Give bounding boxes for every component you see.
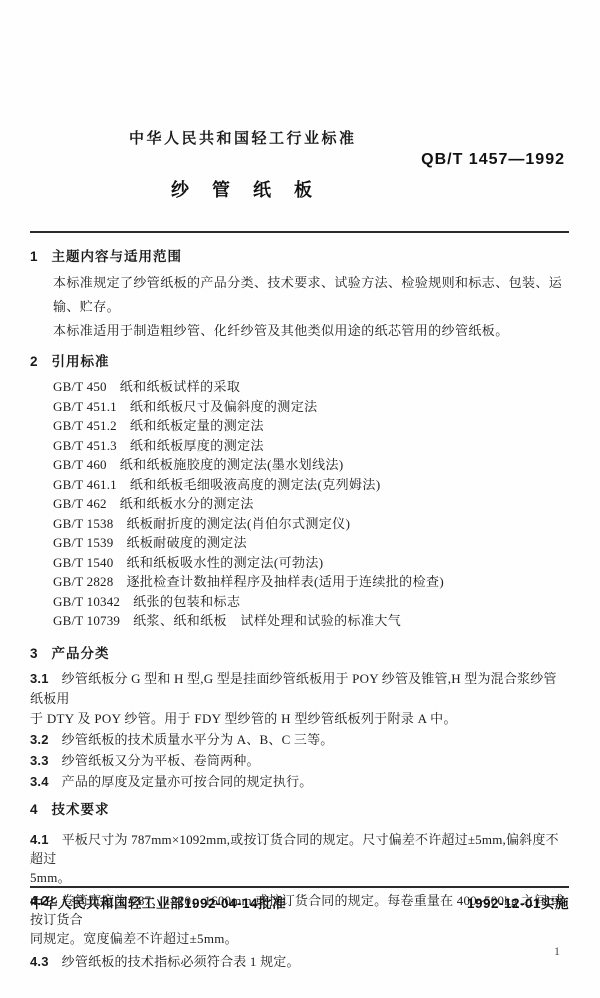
section-1-heading: 1主题内容与适用范围	[30, 249, 569, 265]
implementation-date: 1992-12-01实施	[467, 895, 569, 912]
list-item: GB/T 1539纸板耐破度的测定法	[30, 533, 569, 553]
section-2-title: 引用标准	[52, 354, 110, 369]
list-item: GB/T 10342纸张的包装和标志	[30, 592, 569, 612]
standard-ref-code: GB/T 460	[53, 455, 107, 475]
clause-number: 3.1	[30, 669, 49, 689]
clause-3-4: 3.4产品的厚度及定量亦可按合同的规定执行。	[30, 772, 569, 792]
list-item: GB/T 1540纸和纸板吸水性的测定法(可勃法)	[30, 553, 569, 573]
standard-ref-name: 纸板耐破度的测定法	[126, 535, 247, 550]
standard-ref-name: 纸和纸板尺寸及偏斜度的测定法	[130, 399, 318, 414]
clause-line-1: 纱管纸板又分为平板、卷筒两种。	[62, 753, 260, 768]
clause-text: 4.3纱管纸板的技术指标必须符合表 1 规定。	[30, 952, 569, 971]
clause-4-1: 4.1平板尺寸为 787mm×1092mm,或按订货合同的规定。尺寸偏差不许超过…	[30, 830, 569, 887]
standard-ref-code: GB/T 2828	[53, 572, 113, 592]
footer-divider	[30, 886, 569, 888]
section-4-number: 4	[30, 802, 38, 818]
clause-3-1: 3.1纱管纸板分 G 型和 H 型,G 型是挂面纱管纸板用于 POY 纱管及锥管…	[30, 669, 569, 729]
section-4-heading: 4技术要求	[30, 802, 569, 818]
list-item: GB/T 451.1纸和纸板尺寸及偏斜度的测定法	[30, 397, 569, 417]
standard-ref-code: GB/T 1538	[53, 514, 113, 534]
footer-row: 中华人民共和国轻工业部1992-04-14批准 1992-12-01实施	[30, 895, 569, 912]
page-number: 1	[554, 944, 560, 959]
clause-number: 3.3	[30, 751, 49, 771]
standard-ref-code: GB/T 10342	[53, 592, 120, 612]
list-item: GB/T 451.3纸和纸板厚度的测定法	[30, 436, 569, 456]
section-3-heading: 3产品分类	[30, 646, 569, 662]
standard-ref-name: 纸和纸板吸水性的测定法(可勃法)	[126, 555, 323, 570]
section-3-clauses: 3.1纱管纸板分 G 型和 H 型,G 型是挂面纱管纸板用于 POY 纱管及锥管…	[30, 669, 569, 792]
clause-line-1: 纱管纸板分 G 型和 H 型,G 型是挂面纱管纸板用于 POY 纱管及锥管,H …	[30, 671, 557, 706]
standard-code: QB/T 1457—1992	[30, 150, 569, 170]
header-divider	[30, 231, 569, 233]
list-item: GB/T 10739纸浆、纸和纸板 试样处理和试验的标准大气	[30, 611, 569, 631]
standard-ref-name: 纸和纸板试样的采取	[120, 379, 241, 394]
applicability-paragraph: 本标准适用于制造粗纱管、化纤纱管及其他类似用途的纸芯管用的纱管纸板。	[30, 319, 569, 343]
standard-ref-code: GB/T 450	[53, 377, 107, 397]
section-4-title: 技术要求	[52, 802, 110, 817]
section-1-body: 本标准规定了纱管纸板的产品分类、技术要求、试验方法、检验规则和标志、包装、运输、…	[30, 271, 569, 343]
referenced-standards-list: GB/T 450纸和纸板试样的采取 GB/T 451.1纸和纸板尺寸及偏斜度的测…	[30, 377, 569, 631]
clause-line-1: 产品的厚度及定量亦可按合同的规定执行。	[62, 774, 313, 789]
clause-number: 3.2	[30, 730, 49, 750]
clause-text: 4.1平板尺寸为 787mm×1092mm,或按订货合同的规定。尺寸偏差不许超过…	[30, 830, 569, 868]
standard-ref-code: GB/T 451.2	[53, 416, 117, 436]
standard-ref-name: 纸和纸板水分的测定法	[120, 496, 254, 511]
clause-number: 4.3	[30, 952, 49, 971]
standard-ref-name: 纸板耐折度的测定法(肖伯尔式测定仪)	[126, 516, 350, 531]
list-item: GB/T 2828逐批检查计数抽样程序及抽样表(适用于连续批的检查)	[30, 572, 569, 592]
section-3-number: 3	[30, 646, 38, 662]
clause-3-2: 3.2纱管纸板的技术质量水平分为 A、B、C 三等。	[30, 730, 569, 750]
clause-3-3: 3.3纱管纸板又分为平板、卷筒两种。	[30, 751, 569, 771]
clause-line-2: 5mm。	[30, 868, 569, 887]
clause-text: 3.1纱管纸板分 G 型和 H 型,G 型是挂面纱管纸板用于 POY 纱管及锥管…	[30, 669, 569, 709]
standard-org-line: 中华人民共和国轻工行业标准	[129, 130, 569, 148]
standard-ref-name: 逐批检查计数抽样程序及抽样表(适用于连续批的检查)	[126, 574, 444, 589]
document-title: 纱管纸板	[171, 179, 569, 201]
list-item: GB/T 450纸和纸板试样的采取	[30, 377, 569, 397]
standard-ref-name: 纸张的包装和标志	[133, 594, 240, 609]
standard-ref-code: GB/T 1539	[53, 533, 113, 553]
standard-ref-name: 纸浆、纸和纸板 试样处理和试验的标准大气	[133, 613, 401, 628]
standard-ref-code: GB/T 1540	[53, 553, 113, 573]
approval-authority-date: 中华人民共和国轻工业部1992-04-14批准	[30, 895, 286, 912]
list-item: GB/T 461.1纸和纸板毛细吸液高度的测定法(克列姆法)	[30, 475, 569, 495]
list-item: GB/T 1538纸板耐折度的测定法(肖伯尔式测定仪)	[30, 514, 569, 534]
page-footer: 中华人民共和国轻工业部1992-04-14批准 1992-12-01实施	[30, 886, 569, 912]
document-page: 中华人民共和国轻工行业标准 QB/T 1457—1992 纱管纸板 1主题内容与…	[0, 0, 600, 998]
section-3-title: 产品分类	[52, 646, 110, 661]
section-2-number: 2	[30, 354, 38, 370]
clause-number: 3.4	[30, 772, 49, 792]
clause-4-3: 4.3纱管纸板的技术指标必须符合表 1 规定。	[30, 952, 569, 971]
standard-ref-code: GB/T 451.1	[53, 397, 117, 417]
standard-ref-name: 纸和纸板毛细吸液高度的测定法(克列姆法)	[130, 477, 381, 492]
list-item: GB/T 460纸和纸板施胶度的测定法(墨水划线法)	[30, 455, 569, 475]
standard-ref-name: 纸和纸板施胶度的测定法(墨水划线法)	[120, 457, 344, 472]
clause-text: 3.4产品的厚度及定量亦可按合同的规定执行。	[30, 772, 569, 792]
standard-ref-name: 纸和纸板厚度的测定法	[130, 438, 264, 453]
standard-ref-name: 纸和纸板定量的测定法	[130, 418, 264, 433]
standard-ref-code: GB/T 461.1	[53, 475, 117, 495]
clause-number: 4.1	[30, 830, 49, 849]
scope-paragraph: 本标准规定了纱管纸板的产品分类、技术要求、试验方法、检验规则和标志、包装、运输、…	[30, 271, 569, 319]
page-content: 中华人民共和国轻工行业标准 QB/T 1457—1992 纱管纸板 1主题内容与…	[0, 130, 600, 971]
clause-line-1: 平板尺寸为 787mm×1092mm,或按订货合同的规定。尺寸偏差不许超过±5m…	[30, 832, 559, 866]
standard-ref-code: GB/T 451.3	[53, 436, 117, 456]
standard-ref-code: GB/T 462	[53, 494, 107, 514]
clause-line-2: 于 DTY 及 POY 纱管。用于 FDY 型纱管的 H 型纱管纸板列于附录 A…	[30, 709, 569, 729]
section-1-title: 主题内容与适用范围	[52, 249, 183, 264]
clause-text: 3.3纱管纸板又分为平板、卷筒两种。	[30, 751, 569, 771]
standard-ref-code: GB/T 10739	[53, 611, 120, 631]
clause-line-1: 纱管纸板的技术指标必须符合表 1 规定。	[62, 954, 300, 969]
list-item: GB/T 462纸和纸板水分的测定法	[30, 494, 569, 514]
clause-text: 3.2纱管纸板的技术质量水平分为 A、B、C 三等。	[30, 730, 569, 750]
section-1-number: 1	[30, 249, 38, 265]
clause-line-1: 纱管纸板的技术质量水平分为 A、B、C 三等。	[62, 732, 334, 747]
list-item: GB/T 451.2纸和纸板定量的测定法	[30, 416, 569, 436]
section-2-heading: 2引用标准	[30, 354, 569, 370]
clause-line-2: 同规定。宽度偏差不许超过±5mm。	[30, 929, 569, 948]
